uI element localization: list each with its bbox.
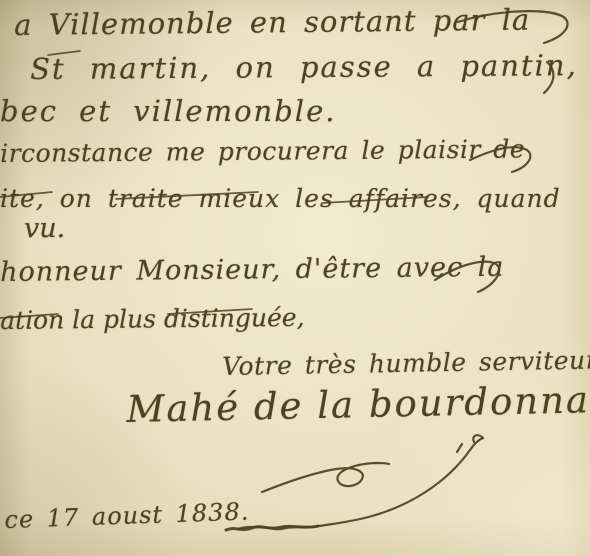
letter-line: St martin, on passe a pantin, bbox=[30, 48, 578, 86]
letter-line: a Villemonble en sortant par la bbox=[14, 3, 530, 42]
letter-line: honneur Monsieur, d'être avec la bbox=[0, 252, 505, 288]
letter-line: ite, on traite mieux les affaires, quand bbox=[0, 184, 561, 213]
letter-line: irconstance me procurera le plaisir de bbox=[0, 134, 525, 168]
valediction: Votre très humble serviteur bbox=[222, 345, 590, 381]
signature-paraph-barb bbox=[473, 435, 483, 442]
signature-paraph-sweep bbox=[238, 438, 483, 529]
date-underline-squiggle bbox=[226, 526, 318, 530]
signature-paraph-loop bbox=[262, 463, 389, 492]
dateline: ce 17 aoust 1838. bbox=[4, 497, 250, 534]
letter-line: ation la plus distinguée, bbox=[0, 303, 305, 335]
signature: Mahé de la bourdonnais bbox=[126, 378, 590, 431]
letter-page: a Villemonble en sortant par la St marti… bbox=[0, 0, 590, 556]
letter-line: vu. bbox=[24, 213, 65, 244]
signature-paraph-tick bbox=[457, 444, 462, 452]
letter-line: bec et villemonble. bbox=[0, 94, 336, 128]
